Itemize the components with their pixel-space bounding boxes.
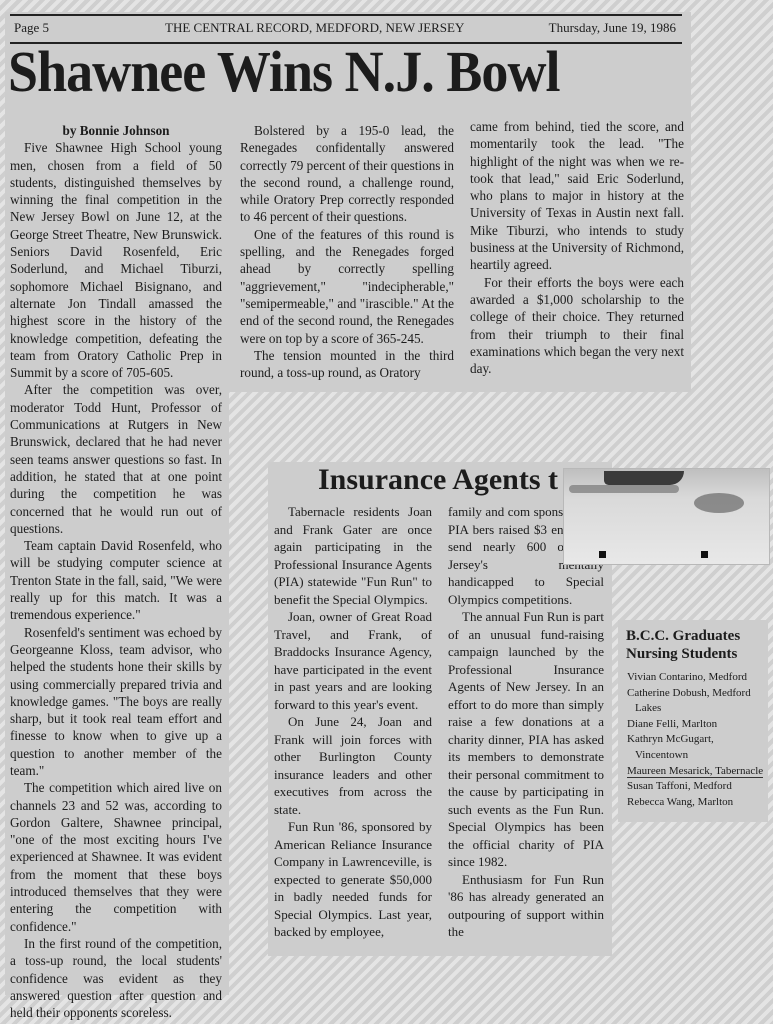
page-number: Page 5 xyxy=(14,20,49,36)
paragraph: Team captain David Rosenfeld, who will b… xyxy=(10,537,222,623)
paragraph: On June 24, Joan and Frank will join for… xyxy=(274,713,432,818)
registration-mark-icon xyxy=(701,551,708,558)
torn-photo-fragment xyxy=(563,468,770,565)
list-item: Rebecca Wang, Marlton xyxy=(627,795,767,811)
photo-shadow xyxy=(604,471,684,485)
paragraph: Rosenfeld's sentiment was echoed by Geor… xyxy=(10,624,222,780)
paragraph: One of the features of this round is spe… xyxy=(240,226,454,347)
list-item: Catherine Dobush, Medford Lakes xyxy=(627,686,767,717)
paragraph: The competition which aired live on chan… xyxy=(10,779,222,935)
paragraph: Bolstered by a 195-0 lead, the Renegades… xyxy=(240,122,454,226)
main-article-column-1: by Bonnie Johnson Five Shawnee High Scho… xyxy=(10,122,222,1021)
paragraph: The annual Fun Run is part of an unusual… xyxy=(448,608,604,871)
insurance-column-2: family and com sponsorships, PIA bers ra… xyxy=(448,503,604,941)
issue-date: Thursday, June 19, 1986 xyxy=(549,20,676,36)
paragraph: The tension mounted in the third round, … xyxy=(240,347,454,382)
photo-shadow xyxy=(569,485,679,493)
graduates-list: Vivian Contarino, Medford Catherine Dobu… xyxy=(627,670,767,810)
main-headline: Shawnee Wins N.J. Bowl xyxy=(8,40,644,104)
bcc-box-title: B.C.C. Graduates Nursing Students xyxy=(626,627,766,663)
paragraph: Fun Run '86, sponsored by American Relia… xyxy=(274,818,432,941)
paragraph: Enthusiasm for Fun Run '86 has already g… xyxy=(448,871,604,941)
newspaper-name: THE CENTRAL RECORD, MEDFORD, NEW JERSEY xyxy=(165,20,464,36)
photo-shadow xyxy=(694,493,744,513)
main-article-column-2: Bolstered by a 195-0 lead, the Renegades… xyxy=(240,122,454,381)
list-item: Diane Felli, Marlton xyxy=(627,717,767,733)
byline: by Bonnie Johnson xyxy=(10,122,222,139)
paragraph: Joan, owner of Great Road Travel, and Fr… xyxy=(274,608,432,713)
list-item: Susan Taffoni, Medford xyxy=(627,779,767,795)
paragraph: After the competition was over, moderato… xyxy=(10,381,222,537)
paragraph: In the first round of the competition, a… xyxy=(10,935,222,1021)
paragraph: Five Shawnee High School young men, chos… xyxy=(10,139,222,381)
insurance-column-1: Tabernacle residents Joan and Frank Gate… xyxy=(274,503,432,941)
main-article-column-3: came from behind, tied the score, and mo… xyxy=(470,118,684,377)
paragraph: Tabernacle residents Joan and Frank Gate… xyxy=(274,503,432,608)
list-item: Kathryn McGugart, Vincentown xyxy=(627,732,767,763)
insurance-headline: Insurance Agents t xyxy=(318,463,558,497)
list-item: Vivian Contarino, Medford xyxy=(627,670,767,686)
list-item-highlighted: Maureen Mesarick, Tabernacle xyxy=(627,764,767,780)
paragraph: For their efforts the boys were each awa… xyxy=(470,274,684,378)
paragraph: came from behind, tied the score, and mo… xyxy=(470,118,684,274)
registration-mark-icon xyxy=(599,551,606,558)
